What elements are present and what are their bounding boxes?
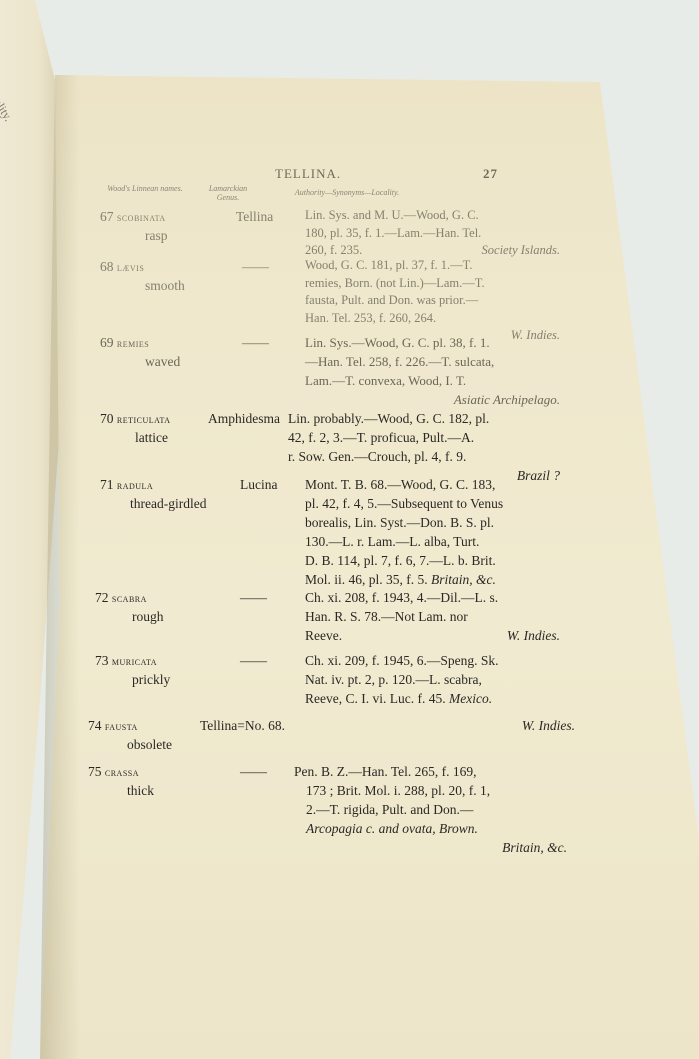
entry-genus: Tellina=No. 68. (200, 716, 285, 735)
entry-number: 74 fausta (88, 716, 138, 737)
entry-genus: —— (240, 588, 267, 607)
page-content: TELLINA. 27 Wood's Linnean names. Lamarc… (0, 0, 699, 1059)
entry-number: 70 reticulata (100, 409, 171, 430)
entry-genus: —— (242, 257, 269, 276)
entry-english: rough (132, 607, 164, 626)
entry-number: 72 scabra (95, 588, 147, 609)
entry-number: 75 crassa (88, 762, 139, 783)
entry-authority: W. Indies. (365, 716, 575, 735)
entry-genus: Tellina (236, 207, 273, 226)
entry-number: 73 muricata (95, 651, 157, 672)
entry-english: lattice (135, 428, 168, 447)
entry-genus: Lucina (240, 475, 277, 494)
entry-english: rasp (145, 226, 168, 245)
entry-authority: Lin. Sys.—Wood, G. C. pl. 38, f. 1. —Han… (305, 333, 560, 409)
entry-authority: Mont. T. B. 68.—Wood, G. C. 183, pl. 42,… (305, 475, 560, 589)
entry-english: waved (145, 352, 180, 371)
entry-number: 68 lævis (100, 257, 144, 278)
running-head-title: TELLINA. (275, 166, 341, 182)
entry-number: 67 scobinata (100, 207, 166, 228)
entry-authority: Wood, G. C. 181, pl. 37, f. 1.—T. remies… (305, 257, 560, 345)
entry-english: obsolete (127, 735, 172, 754)
entry-number: 69 remies (100, 333, 149, 354)
entry-genus: —— (242, 333, 269, 352)
column-header-authority: Authority—Synonyms—Locality. (272, 188, 422, 197)
entry-authority: Lin. probably.—Wood, G. C. 182, pl. 42, … (288, 409, 560, 485)
entry-authority: Ch. xi. 208, f. 1943, 4.—Dil.—L. s. Han.… (305, 588, 560, 645)
page-number: 27 (483, 166, 498, 182)
entry-genus: Amphidesma (208, 409, 280, 428)
entry-genus: —— (240, 651, 267, 670)
entry-authority: Pen. B. Z.—Han. Tel. 265, f. 169, 173 ; … (292, 762, 567, 857)
column-header-genus: Lamarckian Genus. (198, 184, 258, 202)
entry-authority: Ch. xi. 209, f. 1945, 6.—Speng. Sk. Nat.… (305, 651, 560, 708)
entry-number: 71 radula (100, 475, 153, 496)
entry-authority: Lin. Sys. and M. U.—Wood, G. C. 180, pl.… (305, 207, 560, 260)
column-header-names: Wood's Linnean names. (105, 184, 185, 193)
entry-english: thread-girdled (130, 494, 206, 513)
entry-english: prickly (132, 670, 170, 689)
entry-english: smooth (145, 276, 185, 295)
entry-english: thick (127, 781, 154, 800)
entry-genus: —— (240, 762, 267, 781)
